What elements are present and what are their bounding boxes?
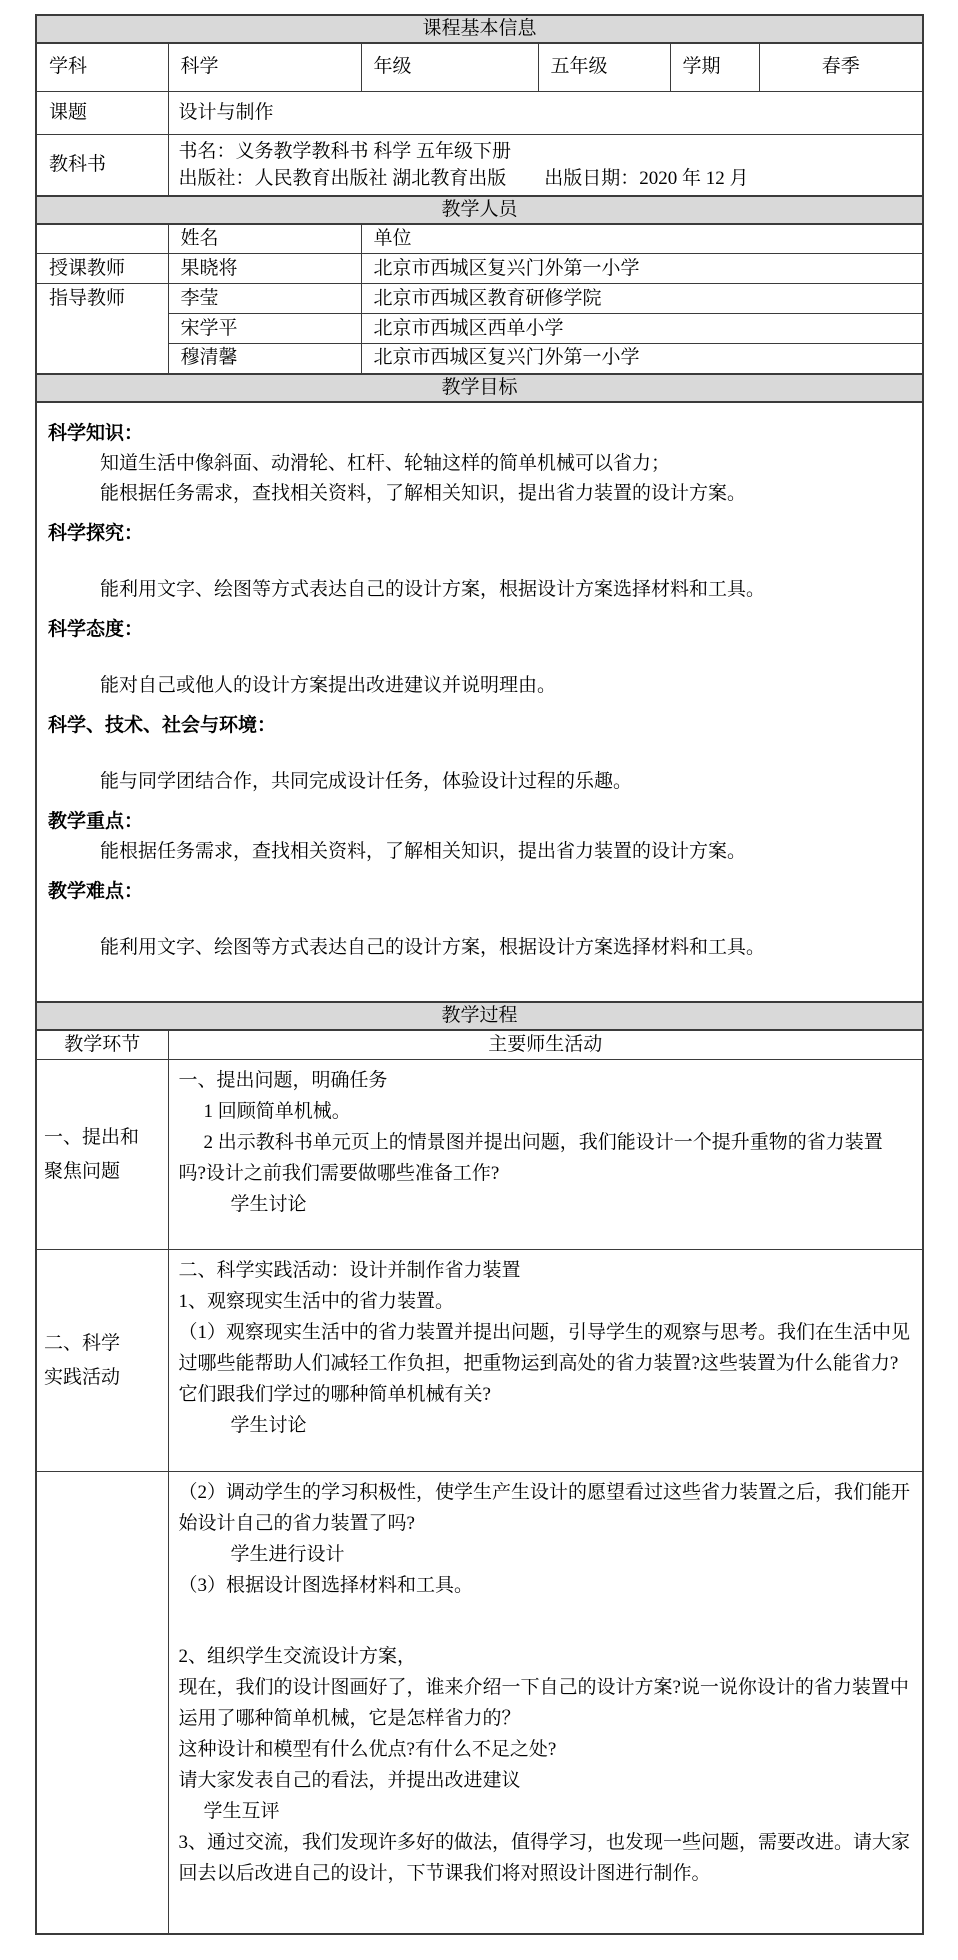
textbook-line1: 书名：义务教学教科书 科学 五年级下册 <box>179 138 913 165</box>
table-row: 宋学平 北京市西城区西单小学 <box>36 314 923 344</box>
activity-line: （1）观察现实生活中的省力装置并提出问题，引导学生的观察与思考。我们在生活中见过… <box>179 1317 911 1410</box>
activity-line: 学生互评 <box>179 1796 911 1827</box>
staff-name-header: 姓名 <box>168 224 361 254</box>
process-stage-cell-empty <box>36 1472 168 1934</box>
topic-label: 课题 <box>36 91 168 134</box>
table-row: 穆清馨 北京市西城区复兴门外第一小学 <box>36 344 923 374</box>
advisor-unit: 北京市西城区教育研修学院 <box>361 284 923 314</box>
table-row: 课程基本信息 <box>36 15 923 43</box>
table-row: 一、提出和 聚焦问题 一、提出问题，明确任务 1 回顾简单机械。 2 出示教科书… <box>36 1060 923 1250</box>
objective-line: 能与同学团结合作，共同完成设计任务，体验设计过程的乐趣。 <box>48 767 910 797</box>
advisor-name: 李莹 <box>168 284 361 314</box>
objective-line: 能根据任务需求，查找相关资料，了解相关知识，提出省力装置的设计方案。 <box>48 479 910 509</box>
table-row: 教学环节 主要师生活动 <box>36 1030 923 1060</box>
activity-line: 学生讨论 <box>179 1410 911 1441</box>
table-row: 教学人员 <box>36 196 923 224</box>
process-stage-header: 教学环节 <box>36 1030 168 1060</box>
table-row: 授课教师 果晓将 北京市西城区复兴门外第一小学 <box>36 254 923 284</box>
grade-value: 五年级 <box>538 43 670 91</box>
table-row: 科学知识： 知道生活中像斜面、动滑轮、杠杆、轮轴这样的简单机械可以省力； 能根据… <box>36 402 923 1002</box>
section-header-process: 教学过程 <box>36 1002 923 1030</box>
table-row: 教学过程 <box>36 1002 923 1030</box>
table-row: 指导教师 李莹 北京市西城区教育研修学院 <box>36 284 923 314</box>
lesson-plan-table: 课程基本信息 学科 科学 年级 五年级 学期 春季 课题 设计与制作 教科书 书… <box>35 14 924 1935</box>
lecturer-unit: 北京市西城区复兴门外第一小学 <box>361 254 923 284</box>
process-activity-cell: 一、提出问题，明确任务 1 回顾简单机械。 2 出示教科书单元页上的情景图并提出… <box>168 1060 923 1250</box>
table-row: 学科 科学 年级 五年级 学期 春季 <box>36 43 923 91</box>
section-header-objectives: 教学目标 <box>36 374 923 402</box>
objective-line: 能利用文字、绘图等方式表达自己的设计方案，根据设计方案选择材料和工具。 <box>48 933 910 963</box>
advisor-name: 穆清馨 <box>168 344 361 374</box>
section-header-course-info: 课程基本信息 <box>36 15 923 43</box>
subject-value: 科学 <box>168 43 361 91</box>
table-row: 课题 设计与制作 <box>36 91 923 134</box>
process-activity-header: 主要师生活动 <box>168 1030 923 1060</box>
term-label: 学期 <box>670 43 759 91</box>
advisor-unit: 北京市西城区复兴门外第一小学 <box>361 344 923 374</box>
term-value: 春季 <box>759 43 923 91</box>
objective-heading: 教学难点： <box>48 877 910 907</box>
grade-label: 年级 <box>361 43 538 91</box>
lecturer-name: 果晓将 <box>168 254 361 284</box>
activity-line: （2）调动学生的学习积极性，使学生产生设计的愿望看过这些省力装置之后，我们能开始… <box>179 1477 911 1539</box>
activity-line: 这种设计和模型有什么优点?有什么不足之处? <box>179 1734 911 1765</box>
activity-line: 现在，我们的设计图画好了，谁来介绍一下自己的设计方案?说一说你设计的省力装置中运… <box>179 1672 911 1734</box>
process-stage-cell: 二、科学 实践活动 <box>36 1250 168 1472</box>
stage-line: 一、提出和 <box>44 1121 164 1155</box>
stage-line: 聚焦问题 <box>44 1155 164 1189</box>
process-activity-cell: 二、科学实践活动：设计并制作省力装置 1、观察现实生活中的省力装置。 （1）观察… <box>168 1250 923 1472</box>
activity-line: 2、组织学生交流设计方案， <box>179 1641 911 1672</box>
objective-line: 能对自己或他人的设计方案提出改进建议并说明理由。 <box>48 671 910 701</box>
activity-line: 1 回顾简单机械。 <box>179 1096 911 1127</box>
table-row: 教学目标 <box>36 374 923 402</box>
activity-line: 3、通过交流，我们发现许多好的做法，值得学习，也发现一些问题，需要改进。请大家回… <box>179 1827 911 1889</box>
table-row: 二、科学 实践活动 二、科学实践活动：设计并制作省力装置 1、观察现实生活中的省… <box>36 1250 923 1472</box>
objective-heading: 教学重点： <box>48 807 910 837</box>
lecturer-label: 授课教师 <box>36 254 168 284</box>
lesson-plan-page: { "course_info": { "title": "课程基本信息", "s… <box>0 0 958 1960</box>
objective-heading: 科学态度： <box>48 615 910 645</box>
activity-line: 2 出示教科书单元页上的情景图并提出问题，我们能设计一个提升重物的省力装置吗?设… <box>179 1127 911 1189</box>
activity-line: 1、观察现实生活中的省力装置。 <box>179 1286 911 1317</box>
process-activity-cell: （2）调动学生的学习积极性，使学生产生设计的愿望看过这些省力装置之后，我们能开始… <box>168 1472 923 1934</box>
activity-line: 学生讨论 <box>179 1189 911 1220</box>
activity-line: 请大家发表自己的看法，并提出改进建议 <box>179 1765 911 1796</box>
staff-role-header-empty-cell <box>36 224 168 254</box>
table-row: （2）调动学生的学习积极性，使学生产生设计的愿望看过这些省力装置之后，我们能开始… <box>36 1472 923 1934</box>
activity-line: 学生进行设计 <box>179 1539 911 1570</box>
subject-label: 学科 <box>36 43 168 91</box>
objective-heading: 科学、技术、社会与环境： <box>48 711 910 741</box>
textbook-label: 教科书 <box>36 134 168 196</box>
textbook-line2: 出版社：人民教育出版社 湖北教育出版 出版日期：2020 年 12 月 <box>179 165 913 192</box>
objective-heading: 科学知识： <box>48 419 910 449</box>
activity-line: （3）根据设计图选择材料和工具。 <box>179 1570 911 1601</box>
process-stage-cell: 一、提出和 聚焦问题 <box>36 1060 168 1250</box>
advisor-name: 宋学平 <box>168 314 361 344</box>
table-row: 姓名 单位 <box>36 224 923 254</box>
objective-heading: 科学探究： <box>48 519 910 549</box>
advisor-label: 指导教师 <box>36 284 168 374</box>
advisor-unit: 北京市西城区西单小学 <box>361 314 923 344</box>
blank-line-spacer <box>179 1601 911 1641</box>
lesson-plan-table-wrapper: 课程基本信息 学科 科学 年级 五年级 学期 春季 课题 设计与制作 教科书 书… <box>35 14 924 1935</box>
activity-line: 一、提出问题，明确任务 <box>179 1065 911 1096</box>
section-header-staff: 教学人员 <box>36 196 923 224</box>
objectives-content: 科学知识： 知道生活中像斜面、动滑轮、杠杆、轮轴这样的简单机械可以省力； 能根据… <box>36 402 923 1002</box>
stage-line: 实践活动 <box>44 1361 164 1395</box>
activity-line: 二、科学实践活动：设计并制作省力装置 <box>179 1255 911 1286</box>
objective-line: 能利用文字、绘图等方式表达自己的设计方案，根据设计方案选择材料和工具。 <box>48 575 910 605</box>
table-row: 教科书 书名：义务教学教科书 科学 五年级下册 出版社：人民教育出版社 湖北教育… <box>36 134 923 196</box>
staff-unit-header: 单位 <box>361 224 923 254</box>
objective-line: 知道生活中像斜面、动滑轮、杠杆、轮轴这样的简单机械可以省力； <box>48 449 910 479</box>
objective-line: 能根据任务需求，查找相关资料，了解相关知识，提出省力装置的设计方案。 <box>48 837 910 867</box>
topic-value: 设计与制作 <box>168 91 923 134</box>
textbook-info: 书名：义务教学教科书 科学 五年级下册 出版社：人民教育出版社 湖北教育出版 出… <box>168 134 923 196</box>
stage-line: 二、科学 <box>44 1327 164 1361</box>
